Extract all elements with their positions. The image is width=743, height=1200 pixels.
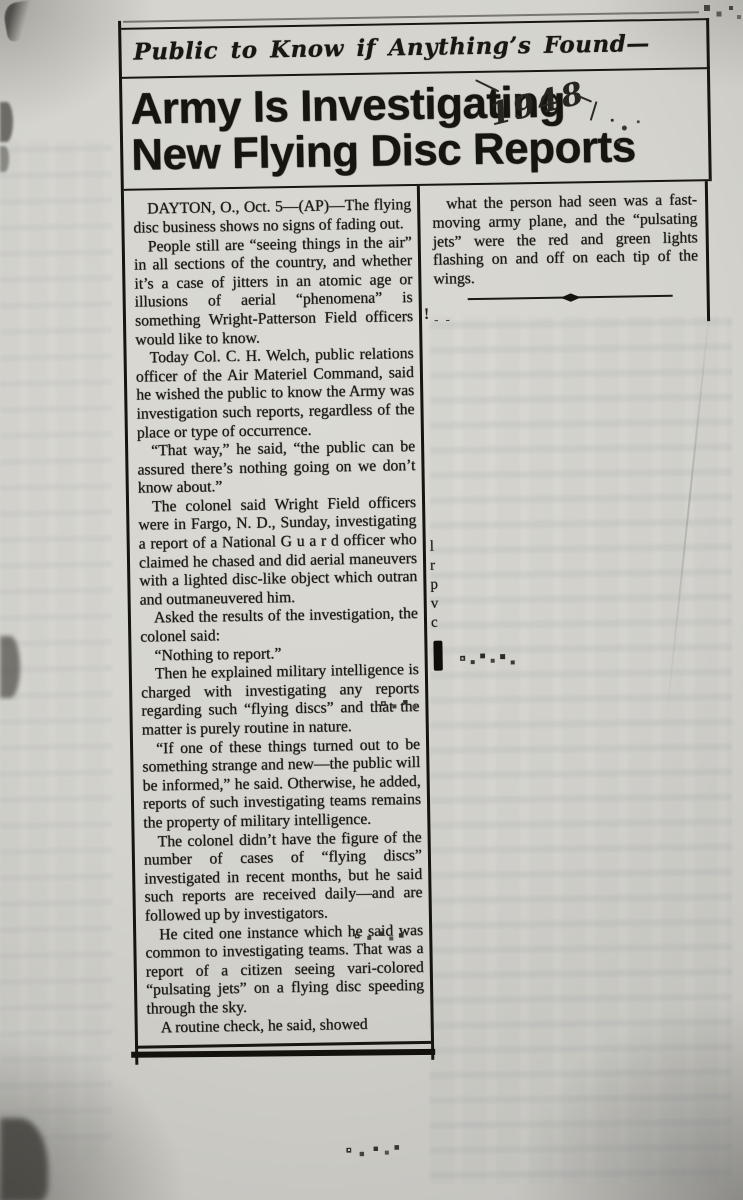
article-paragraph: People still are “seeing things in the a… (134, 234, 414, 350)
article-column-1: DAYTON, O., Oct. 5—(AP)—The flying disc … (124, 186, 434, 1065)
article-paragraph: r (430, 557, 441, 576)
article-paragraph: DAYTON, O., Oct. 5—(AP)—The flying disc … (133, 196, 412, 238)
article-column-2: what the person had seen was a fast-movi… (420, 182, 710, 327)
article-paragraph: The colonel didn’t have the figure of th… (144, 829, 424, 927)
cut-off-letter-list: lrpvc (430, 538, 443, 633)
ink-bar-mark (433, 641, 442, 671)
article-paragraph: “That way,” he said, “the public can be … (137, 438, 416, 498)
photo-of-newspaper-clipping: { "photo": { "handwritten_annotation": "… (0, 0, 743, 1200)
article-paragraph: c (431, 614, 442, 633)
article-paragraph: The colonel said Wright Field officers w… (138, 494, 418, 610)
article-paragraph: Today Col. C. H. Welch, public relations… (135, 345, 415, 443)
pen-dots (611, 119, 614, 122)
ink-smudge-bottom-left (0, 1118, 48, 1200)
headline-line2: New Flying Disc Reports (131, 123, 707, 179)
ink-speckles (356, 935, 358, 937)
stray-exclamation-mark: ! (424, 306, 430, 324)
article-paragraph: v (431, 595, 442, 614)
column2-paragraphs: what the person had seen was a fast-movi… (432, 192, 699, 289)
cut-off-letters: lrpvc (430, 538, 443, 671)
ink-speckles (462, 658, 464, 660)
ink-speckles (382, 703, 384, 705)
bottom-rule-thick (131, 1049, 435, 1058)
article-paragraph: He cited one instance which he said was … (145, 921, 425, 1019)
bottom-rule-thin (135, 1041, 431, 1049)
article-paragraph: Asked the results of the investigation, … (140, 605, 419, 647)
article-paragraph: l (430, 538, 441, 557)
bleedthrough-typewritten-text-left (0, 140, 112, 1160)
ink-smudge-left-edge (0, 636, 20, 698)
newspaper-clipping: Public to Know if Anything’s Found— Army… (118, 11, 726, 1065)
photo-background: Public to Know if Anything’s Found— Army… (0, 0, 743, 1200)
article-paragraph: Then he explained military intelligence … (141, 661, 420, 740)
headline-band: Army Is Investigating New Flying Disc Re… (122, 69, 712, 189)
article-columns: DAYTON, O., Oct. 5—(AP)—The flying disc … (124, 179, 726, 1064)
ink-smudge-left-edge (0, 146, 9, 172)
end-of-story-divider: ◆ (468, 288, 673, 307)
column1-paragraphs: DAYTON, O., Oct. 5—(AP)—The flying disc … (133, 196, 425, 1037)
stray-dash-marks: - - (434, 312, 452, 328)
article-paragraph: what the person had seen was a fast-movi… (432, 192, 699, 289)
ink-specks-top-right (702, 4, 704, 6)
ink-smudge-left-edge (0, 102, 13, 142)
ink-smudge-top-left (2, 0, 38, 42)
diamond-divider-icon: ◆ (560, 291, 581, 305)
article-paragraph: A routine check, he said, showed (147, 1014, 425, 1037)
article-paragraph: “If one of these things turned out to be… (142, 736, 422, 834)
ink-speckles (348, 1150, 350, 1152)
headline: Army Is Investigating New Flying Disc Re… (130, 77, 706, 179)
kicker-text: Public to Know if Anything’s Found— (133, 29, 698, 65)
article-paragraph: p (430, 576, 441, 595)
